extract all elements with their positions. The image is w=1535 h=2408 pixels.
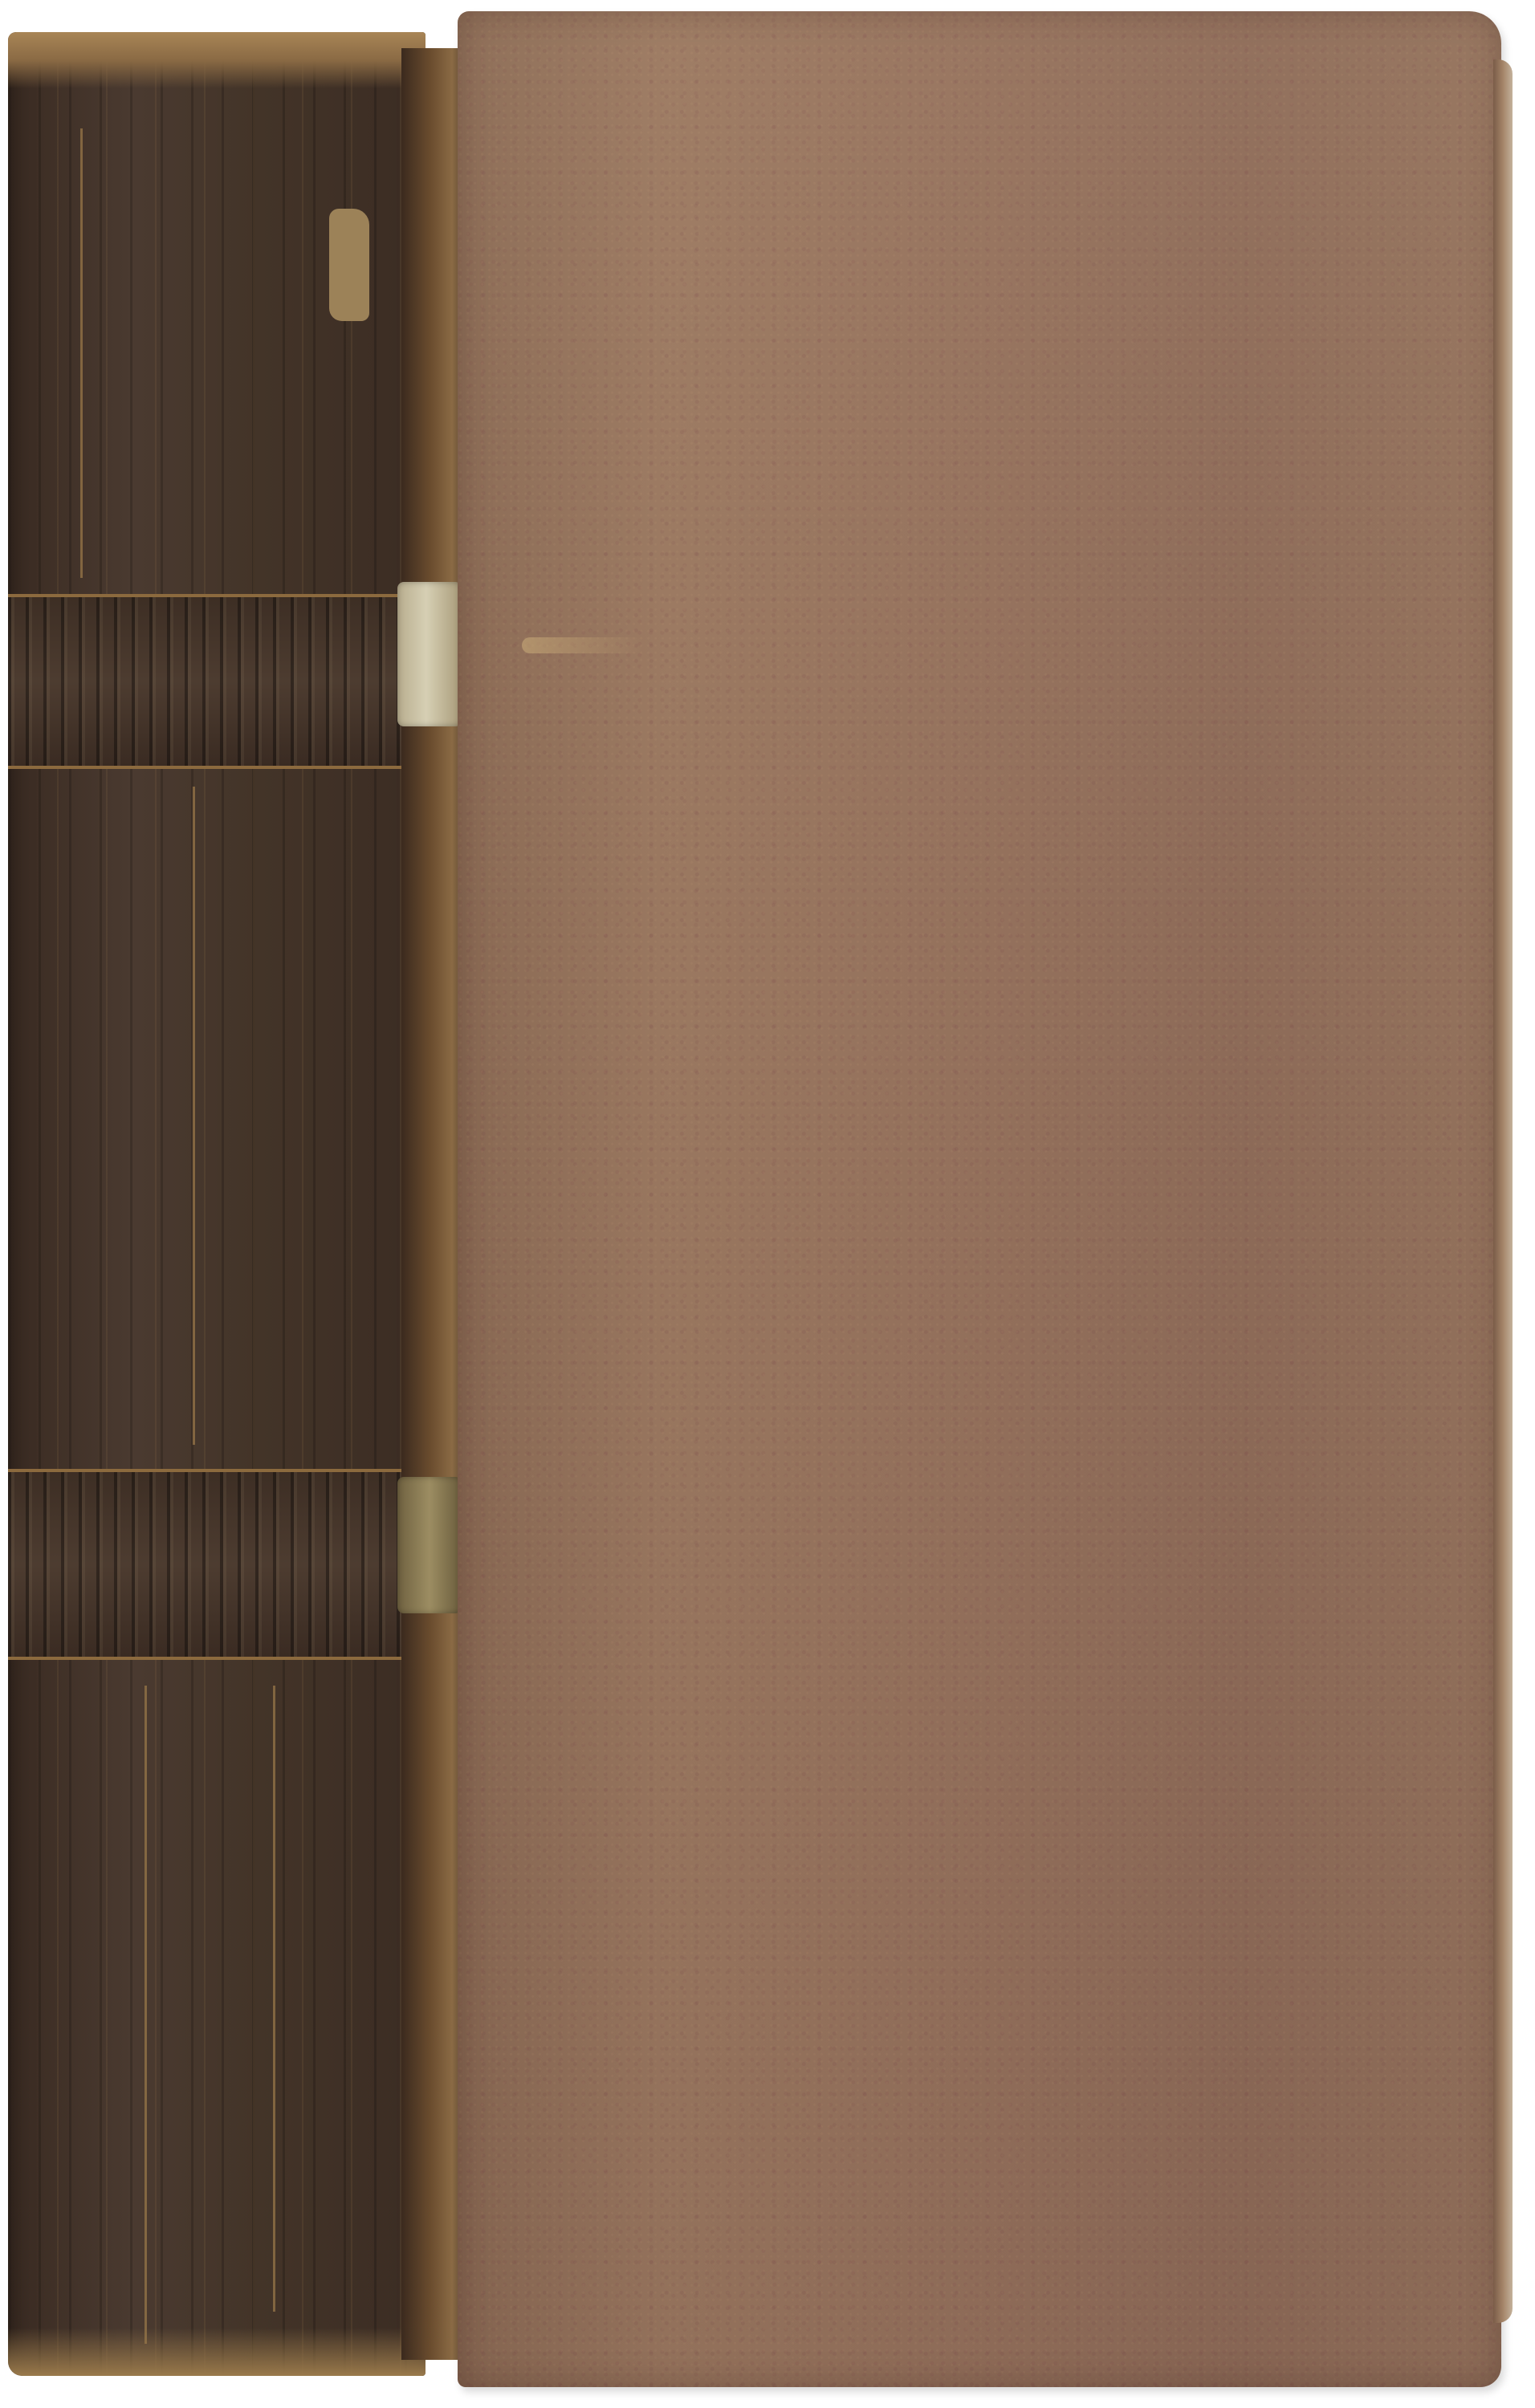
cover-scuff-mark bbox=[522, 637, 642, 653]
hinge-tab-lower bbox=[397, 1477, 462, 1613]
spine-crack bbox=[273, 1686, 275, 2312]
spine-raised-band-lower bbox=[8, 1469, 425, 1660]
spine-bottom-wear bbox=[8, 2328, 425, 2376]
spine-crack bbox=[145, 1686, 147, 2344]
spine-worn-patch bbox=[329, 209, 369, 321]
book-front-cover bbox=[458, 11, 1501, 2387]
spine-top-wear bbox=[8, 32, 425, 88]
book-spine bbox=[8, 32, 425, 2376]
spine-crack bbox=[193, 787, 195, 1445]
cover-page-edge bbox=[1493, 59, 1513, 2323]
spine-crack bbox=[80, 128, 83, 578]
cover-shading bbox=[458, 11, 1501, 2387]
hinge-tab-upper bbox=[397, 582, 462, 726]
spine-raised-band-upper bbox=[8, 594, 425, 769]
photo-scene bbox=[0, 0, 1535, 2408]
